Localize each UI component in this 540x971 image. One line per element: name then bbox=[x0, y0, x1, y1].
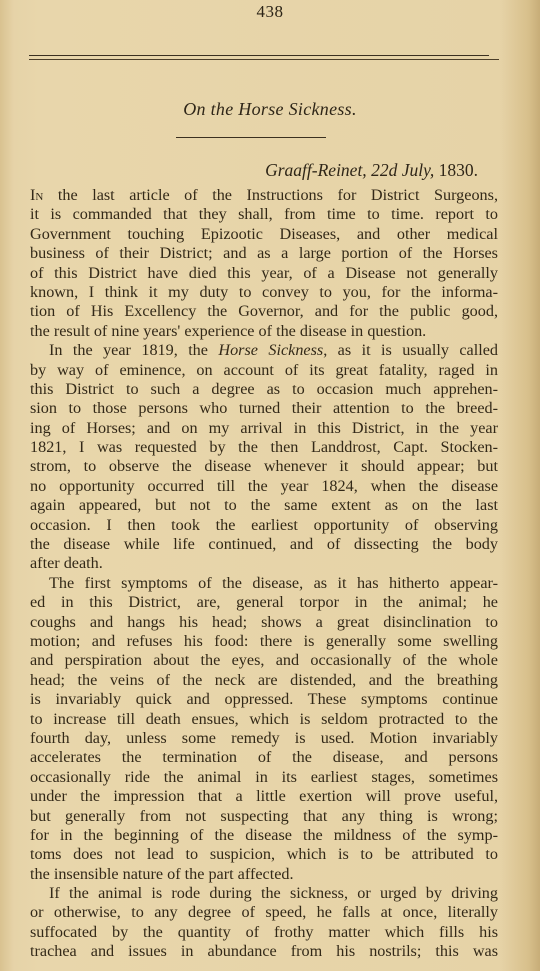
text-line: suffocated by the quantity of frothy mat… bbox=[30, 923, 498, 942]
dateline-place: Graaff-Reinet, bbox=[265, 160, 367, 180]
text-line: tion of His Excellency the Governor, and… bbox=[30, 302, 498, 321]
text-line: head; the veins of the neck are distende… bbox=[30, 671, 498, 690]
text-line: this District to such a degree as to occ… bbox=[30, 380, 498, 399]
drop-word: In bbox=[30, 186, 43, 204]
text-line: accelerates the termination of the disea… bbox=[30, 748, 498, 767]
text-line: fourth day, unless some remedy is used. … bbox=[30, 729, 498, 748]
text-line: the disease while life continued, and of… bbox=[30, 535, 498, 554]
article-body: In the last article of the Instructions … bbox=[30, 186, 498, 962]
text-line: occasionally ride the animal in its earl… bbox=[30, 768, 498, 787]
dateline-year: 1830. bbox=[439, 160, 478, 180]
text-line: or otherwise, to any degree of speed, he… bbox=[30, 903, 498, 922]
header-rule-double bbox=[29, 59, 499, 60]
text-line: occasion. I then took the earliest oppor… bbox=[30, 516, 498, 535]
paragraph-4: If the animal is rode during the sicknes… bbox=[30, 884, 498, 962]
text-line: of this District have died this year, of… bbox=[30, 264, 498, 283]
text-line: ing of Horses; and on my arrival in this… bbox=[30, 419, 498, 438]
text-line: is invariably quick and oppressed. These… bbox=[30, 690, 498, 709]
text-line: after death. bbox=[30, 554, 498, 573]
text-line: In the last article of the Instructions … bbox=[30, 186, 498, 205]
text-line: the insensible nature of the part affect… bbox=[30, 865, 498, 884]
text-line: by way of eminence, on account of its gr… bbox=[30, 361, 498, 380]
text-line: Government touching Epizootic Diseases, … bbox=[30, 225, 498, 244]
text-line: motion; and refuses his food: there is g… bbox=[30, 632, 498, 651]
text-line: trachea and issues in abundance from his… bbox=[30, 942, 498, 961]
text-line: In the year 1819, the Horse Sickness, as… bbox=[30, 341, 498, 360]
paragraph-3: The first symptoms of the disease, as it… bbox=[30, 574, 498, 884]
article-title: On the Horse Sickness. bbox=[0, 99, 540, 120]
text-line: under the impression that a little exert… bbox=[30, 787, 498, 806]
text-line: strom, to observe the disease whenever i… bbox=[30, 457, 498, 476]
text-line: no opportunity occurred till the year 18… bbox=[30, 477, 498, 496]
page-number: 438 bbox=[0, 2, 540, 22]
title-rule bbox=[176, 137, 326, 138]
text-line: again appeared, but not to the same exte… bbox=[30, 496, 498, 515]
text-line: 1821, I was requested by the then Landdr… bbox=[30, 438, 498, 457]
text-line: the result of nine years' experience of … bbox=[30, 322, 498, 341]
paragraph-1: In the last article of the Instructions … bbox=[30, 186, 498, 341]
text-line: sion to those persons who turned their a… bbox=[30, 399, 498, 418]
text-line: it is commanded that they shall, from ti… bbox=[30, 205, 498, 224]
dateline-date: 22d July, bbox=[371, 160, 434, 180]
text-line: known, I think it my duty to convey to y… bbox=[30, 283, 498, 302]
text-line: toms does not lead to suspicion, which i… bbox=[30, 845, 498, 864]
text-line: coughs and hangs his head; shows a great… bbox=[30, 613, 498, 632]
text-line: to increase till death ensues, which is … bbox=[30, 710, 498, 729]
text-line: for in the beginning of the disease the … bbox=[30, 826, 498, 845]
paragraph-2: In the year 1819, the Horse Sickness, as… bbox=[30, 341, 498, 574]
text-line: but generally from not suspecting that a… bbox=[30, 807, 498, 826]
text-line: If the animal is rode during the sicknes… bbox=[30, 884, 498, 903]
header-rule bbox=[29, 55, 489, 56]
emphasis-horse-sickness: Horse Sickness bbox=[218, 341, 323, 359]
text-line: The first symptoms of the disease, as it… bbox=[30, 574, 498, 593]
dateline: Graaff-Reinet, 22d July, 1830. bbox=[265, 160, 478, 181]
text-line: ed in this District, are, general torpor… bbox=[30, 593, 498, 612]
text-line: business of their District; and as a lar… bbox=[30, 244, 498, 263]
text-line: and perspiration about the eyes, and occ… bbox=[30, 651, 498, 670]
